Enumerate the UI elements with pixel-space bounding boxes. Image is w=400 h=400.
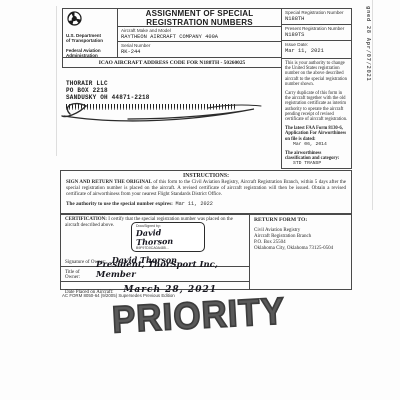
page-edge-left <box>56 6 57 156</box>
authority-paragraph-3: The latest FAA Form 8130-6, Application … <box>285 126 348 147</box>
agency-name-line: of Transportation <box>66 38 115 43</box>
dot-logo-icon <box>67 11 82 26</box>
priority-stamp: PRIORITY <box>111 290 293 343</box>
header-right-column: Special Registration Number N188TH Prese… <box>281 8 352 169</box>
certification-section: CERTIFICATION: I certify that the specia… <box>60 214 250 290</box>
make-model-field: Aircraft Make and Model RAYTHEON AIRCRAF… <box>118 27 281 42</box>
return-form-heading: RETURN FORM TO: <box>254 217 346 223</box>
authority-paragraph-1: This is your authority to change the Uni… <box>285 61 348 87</box>
airworthiness-date-value: Mar 06, 2014 <box>285 142 348 147</box>
present-reg-label: Present Registration Number <box>285 26 348 32</box>
expiration-date-value: Mar 11, 2022 <box>175 201 212 207</box>
address-line: THORAIR LLC <box>66 80 150 87</box>
return-address: Civil Aviation Registry Aircraft Registr… <box>254 228 346 252</box>
make-model-value: RAYTHEON AIRCRAFT COMPANY 400A <box>121 34 278 40</box>
header-center-column: ASSIGNMENT OF SPECIAL REGISTRATION NUMBE… <box>117 8 282 58</box>
title-label: Title of Owner: <box>65 270 93 280</box>
authority-paragraph-2: Carry duplicate of this form in the airc… <box>285 91 348 122</box>
instructions-body: SIGN AND RETURN THE ORIGINAL of this for… <box>66 180 346 197</box>
issue-date-field: Issue Date: Mar 11, 2021 <box>282 41 351 59</box>
instructions-heading: INSTRUCTIONS: <box>66 173 346 179</box>
form-title: ASSIGNMENT OF SPECIAL REGISTRATION NUMBE… <box>118 9 281 27</box>
airworthiness-category-value: STD TRANSP <box>285 161 348 166</box>
page-edge-right <box>372 0 373 210</box>
present-reg-value: N189TS <box>285 32 348 38</box>
serial-number-field: Serial Number RK-244 <box>118 42 281 57</box>
docusign-stamp: DocuSigned by: David Thorson B9F97D0CA0A… <box>131 222 205 252</box>
docusign-signature: David Thorson <box>136 227 201 247</box>
title-of-owner-row: Title of Owner: President, ThorSport Inc… <box>61 267 249 282</box>
agency-cell: U.S. Department of Transportation Federa… <box>62 8 118 58</box>
icao-address-code-row: ICAO AIRCRAFT ADDRESS CODE FOR N188TH - … <box>62 57 282 68</box>
scanned-document-page: gned 28 Apr/07/2021 U.S. Department of T… <box>0 0 400 400</box>
expiration-line: The authority to use the special number … <box>66 201 346 207</box>
instructions-section: INSTRUCTIONS: SIGN AND RETURN THE ORIGIN… <box>60 170 352 214</box>
serial-number-value: RK-244 <box>121 49 278 55</box>
return-address-line: Oklahoma City, Oklahoma 73125-0504 <box>254 246 346 252</box>
special-reg-label: Special Registration Number <box>285 10 348 16</box>
return-form-section: RETURN FORM TO: Civil Aviation Registry … <box>249 214 352 290</box>
special-reg-field: Special Registration Number N188TH <box>282 9 351 25</box>
authority-paragraph-4: The airworthiness classification and cat… <box>285 151 348 167</box>
special-reg-value: N188TH <box>285 16 348 22</box>
authority-text-cell: This is your authority to change the Uni… <box>282 59 351 173</box>
title-handwritten: President, ThorSport Inc, Member <box>96 260 245 280</box>
present-reg-field: Present Registration Number N189TS <box>282 25 351 41</box>
pen-scribble <box>58 92 268 126</box>
fax-annotation: gned 28 Apr/07/2021 <box>365 6 371 81</box>
issue-date-value: Mar 11, 2021 <box>285 48 348 54</box>
